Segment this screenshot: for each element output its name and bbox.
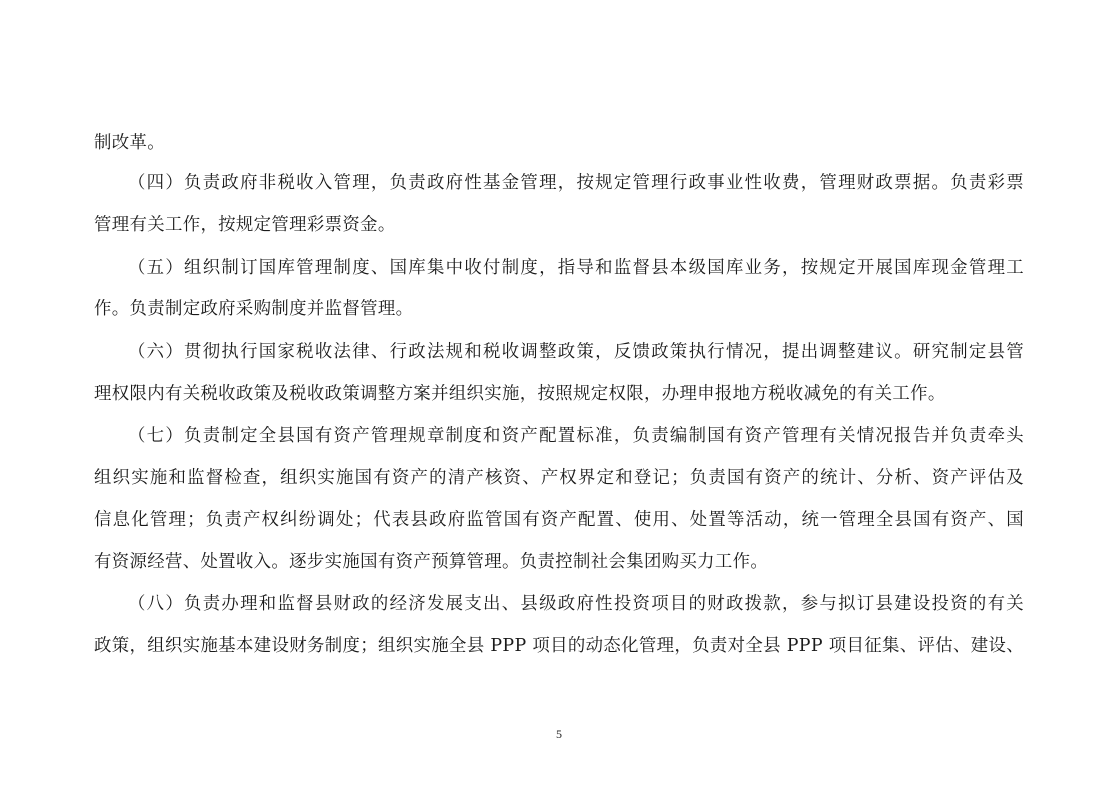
paragraph-4-line-2: 管理有关工作，按规定管理彩票资金。 — [94, 210, 1024, 240]
paragraph-5-line-1: （五）组织制订国库管理制度、国库集中收付制度，指导和监督县本级国库业务，按规定开… — [128, 253, 1024, 283]
paragraph-7-line-2: 组织实施和监督检查，组织实施国有资产的清产核资、产权界定和登记；负责国有资产的统… — [94, 463, 1024, 493]
paragraph-7-line-4: 有资源经营、处置收入。逐步实施国有资产预算管理。负责控制社会集团购买力工作。 — [94, 547, 1024, 577]
paragraph-7-line-3: 信息化管理；负责产权纠纷调处；代表县政府监管国有资产配置、使用、处置等活动，统一… — [94, 505, 1024, 535]
paragraph-8-line-1: （八）负责办理和监督县财政的经济发展支出、县级政府性投资项目的财政拨款，参与拟订… — [128, 589, 1024, 619]
paragraph-6-line-2: 理权限内有关税收政策及税收政策调整方案并组织实施，按照规定权限，办理申报地方税收… — [94, 379, 1024, 409]
paragraph-8-line-2: 政策，组织实施基本建设财务制度；组织实施全县 PPP 项目的动态化管理，负责对全… — [94, 631, 1024, 661]
paragraph-4-line-1: （四）负责政府非税收入管理，负责政府性基金管理，按规定管理行政事业性收费，管理财… — [128, 168, 1024, 198]
paragraph-5-line-2: 作。负责制定政府采购制度并监督管理。 — [94, 294, 1024, 324]
document-page: 制改革。 （四）负责政府非税收入管理，负责政府性基金管理，按规定管理行政事业性收… — [0, 0, 1118, 790]
page-number: 5 — [0, 726, 1118, 742]
text-line-1: 制改革。 — [94, 128, 1024, 158]
paragraph-7-line-1: （七）负责制定全县国有资产管理规章制度和资产配置标准，负责编制国有资产管理有关情… — [128, 421, 1024, 451]
paragraph-6-line-1: （六）贯彻执行国家税收法律、行政法规和税收调整政策，反馈政策执行情况，提出调整建… — [128, 337, 1024, 367]
